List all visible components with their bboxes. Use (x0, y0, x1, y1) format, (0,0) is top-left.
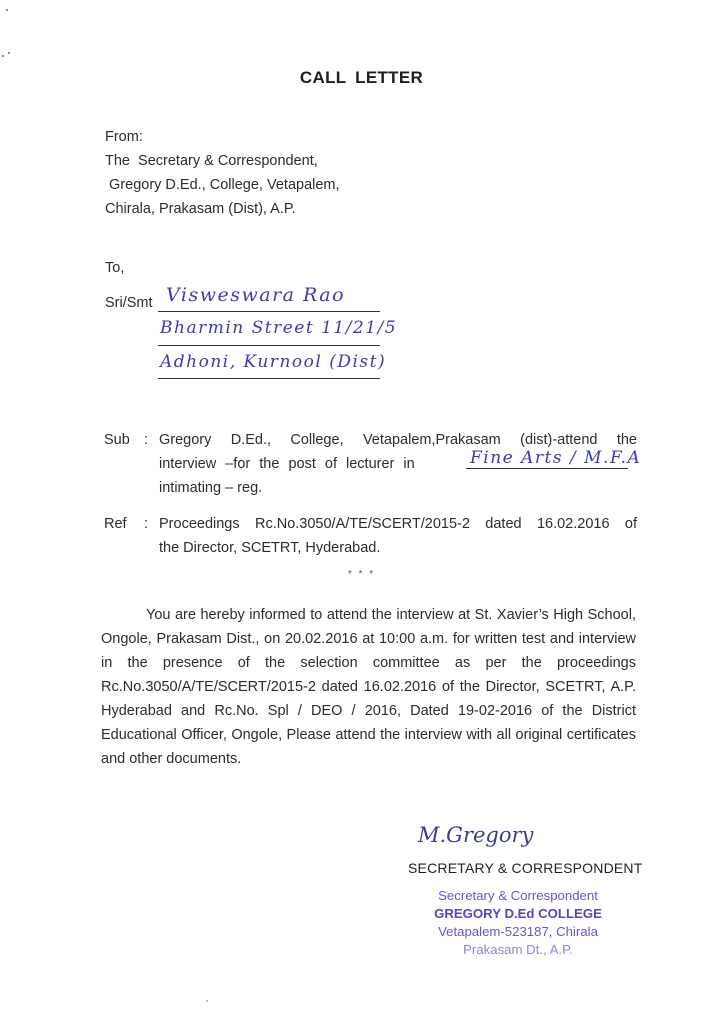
from-line: Chirala, Prakasam (Dist), A.P. (105, 197, 340, 221)
handwritten-name: Visweswara Rao (166, 284, 345, 306)
office-stamp: Secretary & Correspondent GREGORY D.Ed C… (418, 887, 618, 959)
stamp-line: Prakasam Dt., A.P. (418, 941, 618, 959)
address-underline (158, 311, 380, 312)
address-underline (158, 345, 380, 346)
reference-label: Ref (104, 512, 127, 536)
handwritten-street: Bharmin Street 11/21/5 (160, 318, 397, 338)
body-paragraph: You are hereby informed to attend the in… (101, 603, 636, 771)
handwritten-signature: M.Gregory (418, 823, 533, 847)
stamp-college: GREGORY D.Ed COLLEGE (418, 905, 618, 923)
stamp-line: Secretary & Correspondent (418, 887, 618, 905)
reference-text: Proceedings Rc.No.3050/A/TE/SCERT/2015-2… (159, 512, 637, 560)
subject-line-prefix: interview –for the post of lecturer in (159, 456, 415, 472)
reference-colon: : (144, 512, 148, 536)
handwritten-post: Fine Arts / M.F.A (470, 448, 641, 468)
subject-colon: : (144, 428, 148, 452)
subject-label: Sub (104, 428, 130, 452)
document-title: CALL LETTER (0, 68, 723, 88)
scan-speck (206, 1000, 208, 1002)
stamp-line: Vetapalem-523187, Chirala (418, 923, 618, 941)
from-line: Gregory D.Ed., College, Vetapalem, (105, 173, 340, 197)
from-label: From: (105, 125, 340, 149)
salutation-label: Sri/Smt (105, 291, 153, 315)
scan-speck (6, 9, 8, 11)
handwritten-city: Adhoni, Kurnool (Dist) (160, 352, 386, 372)
reference-section: Ref : Proceedings Rc.No.3050/A/TE/SCERT/… (0, 512, 723, 562)
from-block: From: The Secretary & Correspondent, Gre… (105, 125, 340, 221)
reference-line: the Director, SCETRT, Hyderabad. (159, 536, 637, 560)
from-line: The Secretary & Correspondent, (105, 149, 340, 173)
scan-speck (2, 55, 4, 57)
subject-line: intimating – reg. (159, 476, 637, 500)
scan-speck (8, 52, 10, 54)
address-underline (158, 378, 380, 379)
separator: * * * (0, 569, 723, 580)
body-text: You are hereby informed to attend the in… (101, 607, 636, 767)
signatory-title: SECRETARY & CORRESPONDENT (408, 860, 643, 876)
to-label: To, (105, 256, 124, 280)
post-underline (466, 468, 628, 469)
reference-line: Proceedings Rc.No.3050/A/TE/SCERT/2015-2… (159, 512, 637, 536)
